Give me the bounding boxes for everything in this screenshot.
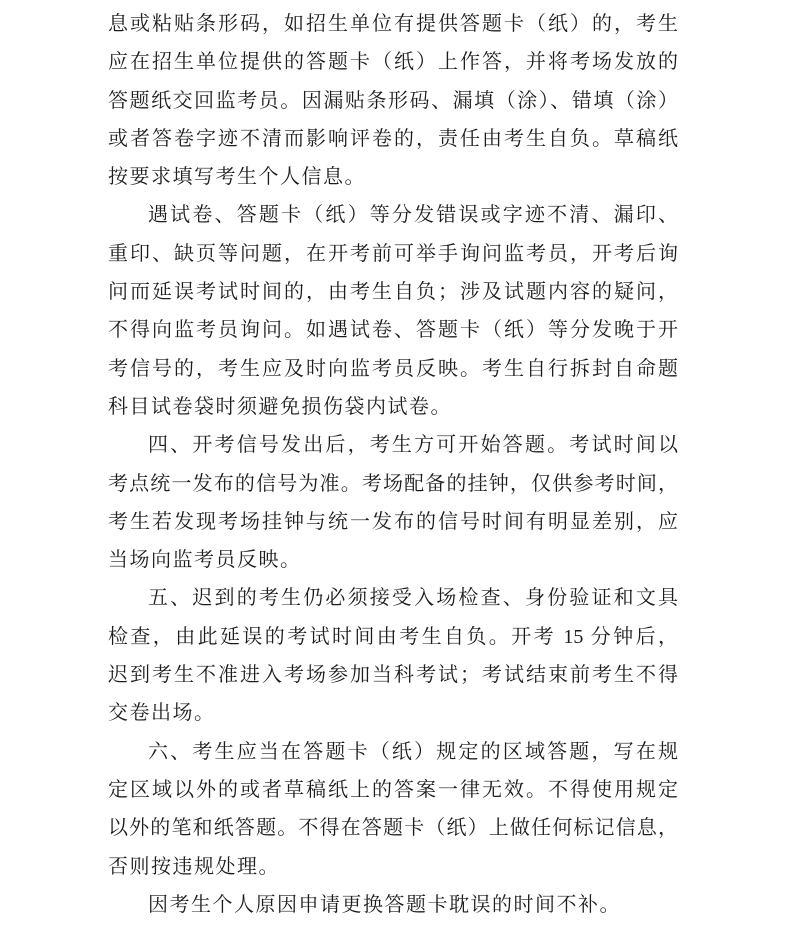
text-line: 六、考生应当在答题卡（纸）规定的区域答题，写在规 [108,733,678,771]
document-page: 息或粘贴条形码，如招生单位有提供答题卡（纸）的，考生应在招生单位提供的答题卡（纸… [0,0,791,925]
text-line: 不得向监考员询问。如遇试卷、答题卡（纸）等分发晚于开 [108,311,678,349]
text-line: 考点统一发布的信号为准。考场配备的挂钟，仅供参考时间， [108,465,678,503]
text-line: 定区域以外的或者草稿纸上的答案一律无效。不得使用规定 [108,771,678,809]
text-line: 因考生个人原因申请更换答题卡耽误的时间不补。 [108,886,678,924]
text-line: 遇试卷、答题卡（纸）等分发错误或字迹不清、漏印、 [108,196,678,234]
text-line: 或者答卷字迹不清而影响评卷的，责任由考生自负。草稿纸 [108,120,678,158]
text-line: 以外的笔和纸答题。不得在答题卡（纸）上做任何标记信息， [108,809,678,847]
text-line: 应在招生单位提供的答题卡（纸）上作答，并将考场发放的 [108,43,678,81]
text-line: 考信号的，考生应及时向监考员反映。考生自行拆封自命题 [108,350,678,388]
text-line: 息或粘贴条形码，如招生单位有提供答题卡（纸）的，考生 [108,5,678,43]
text-line: 考生若发现考场挂钟与统一发布的信号时间有明显差别，应 [108,503,678,541]
text-line: 问而延误考试时间的，由考生自负；涉及试题内容的疑问， [108,273,678,311]
text-line: 按要求填写考生个人信息。 [108,158,678,196]
text-line: 科目试卷袋时须避免损伤袋内试卷。 [108,388,678,426]
text-line: 交卷出场。 [108,694,678,732]
text-line: 当场向监考员反映。 [108,541,678,579]
text-line: 重印、缺页等问题，在开考前可举手询问监考员，开考后询 [108,235,678,273]
text-line: 否则按违规处理。 [108,848,678,886]
document-body-text: 息或粘贴条形码，如招生单位有提供答题卡（纸）的，考生应在招生单位提供的答题卡（纸… [0,0,791,924]
text-line: 答题纸交回监考员。因漏贴条形码、漏填（涂）、错填（涂） [108,82,678,120]
text-line: 检查，由此延误的考试时间由考生自负。开考 15 分钟后， [108,618,678,656]
text-line: 五、迟到的考生仍必须接受入场检查、身份验证和文具 [108,579,678,617]
text-line: 四、开考信号发出后，考生方可开始答题。考试时间以 [108,426,678,464]
text-line: 迟到考生不准进入考场参加当科考试；考试结束前考生不得 [108,656,678,694]
